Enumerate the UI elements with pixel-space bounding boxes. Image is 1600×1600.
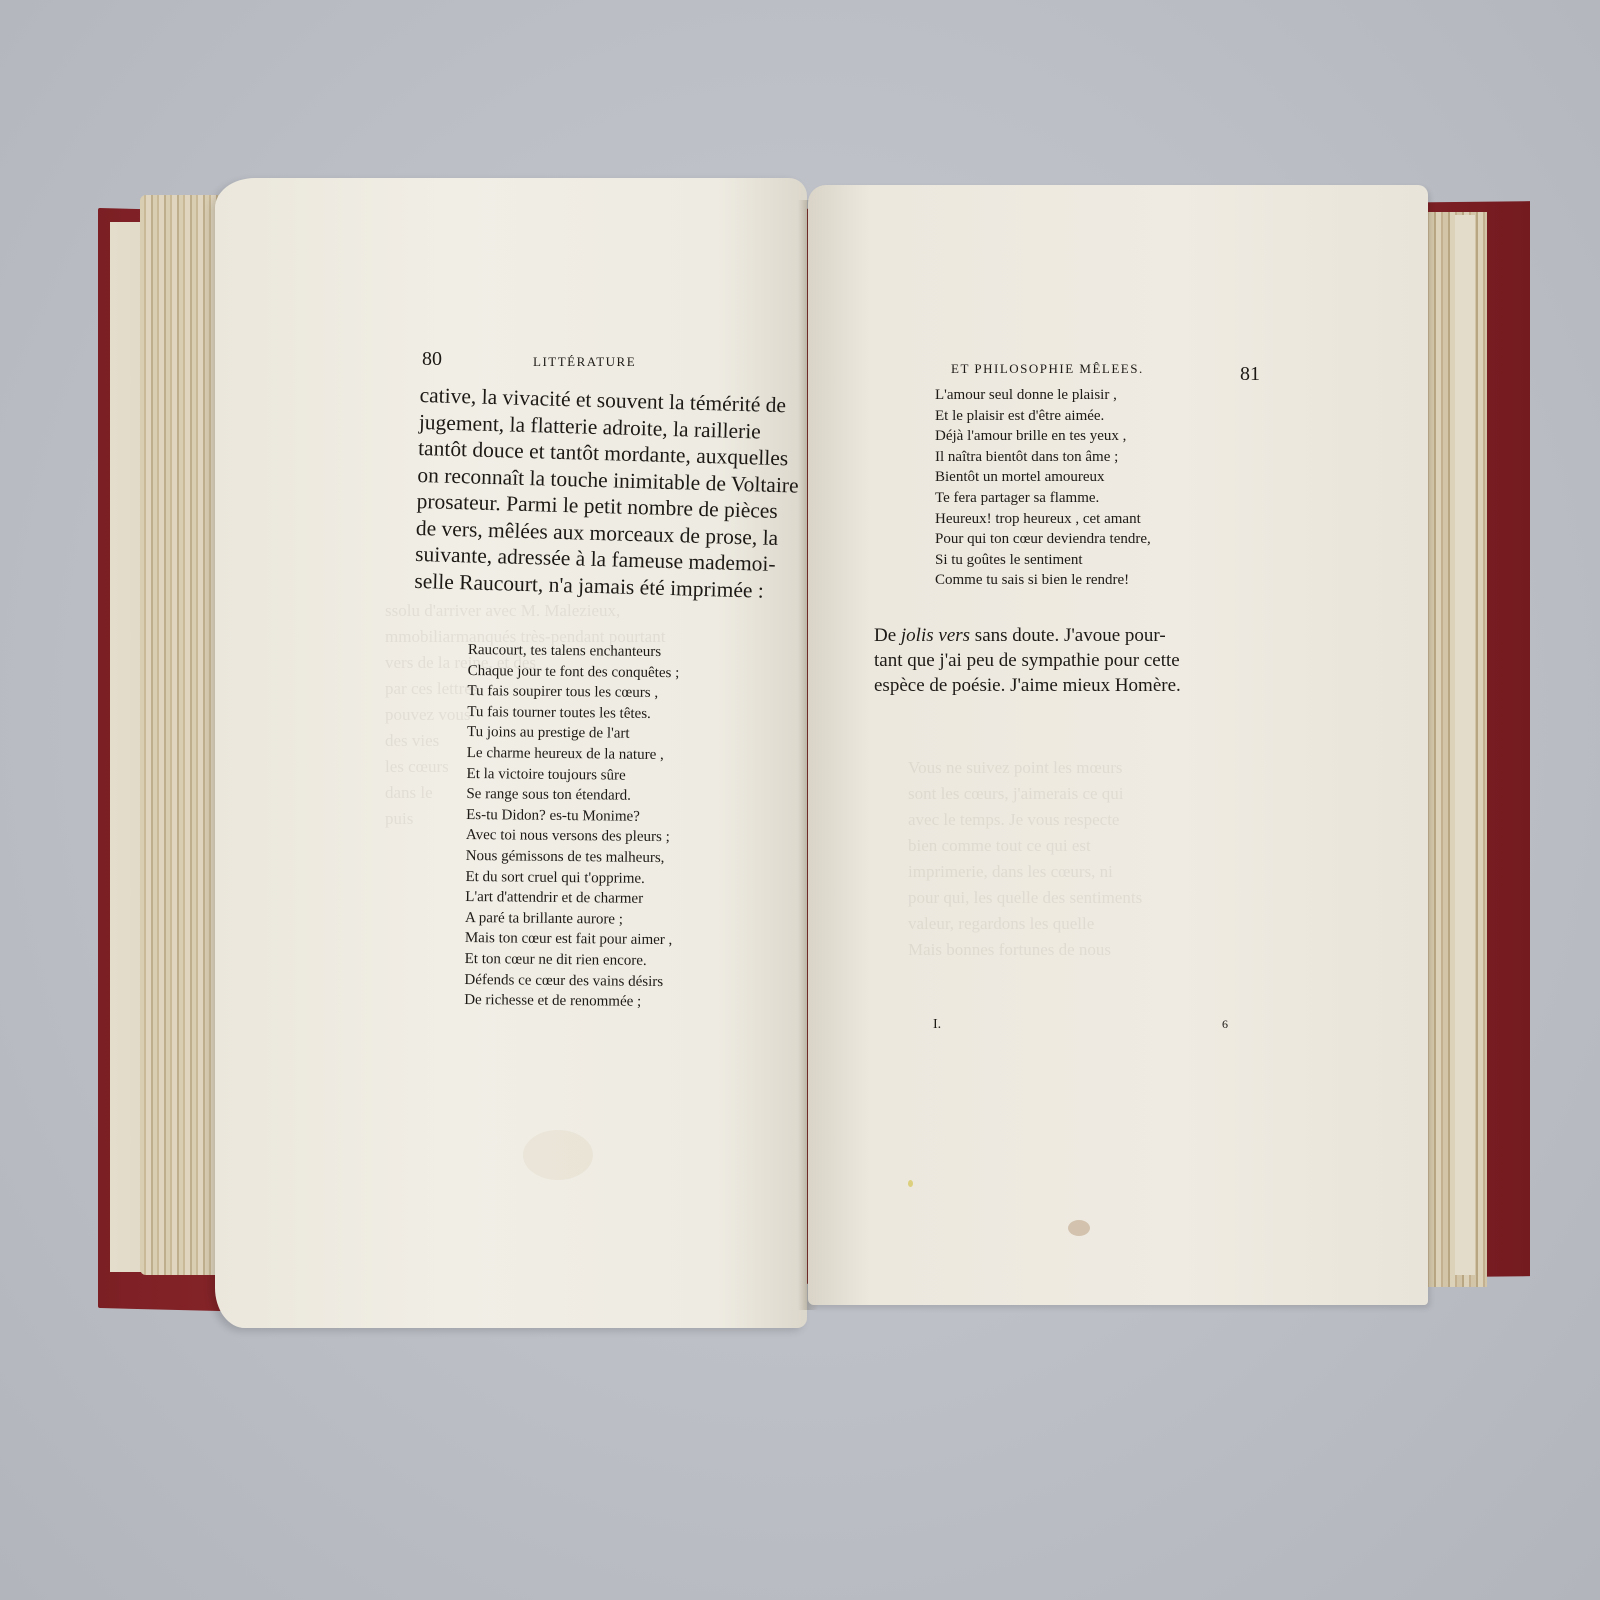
running-head: LITTÉRATURE [533,354,636,370]
foxing-stain [908,1180,913,1187]
verse-line: Se range sous ton étendard. [466,784,678,807]
prose-line: De jolis vers sans doute. J'avoue pour- [874,623,1181,648]
verse-line: Nous gémissons de tes malheurs, [466,846,678,869]
verse-line: Tu fais soupirer tous les cœurs , [467,681,679,704]
verse-line: Te fera partager sa flamme. [935,488,1151,509]
running-head: ET PHILOSOPHIE MÊLEES. [951,361,1144,377]
verse-poem: L'amour seul donne le plaisir , Et le pl… [935,385,1151,591]
verse-line: Le charme heureux de la nature , [467,743,679,766]
foxing-stain [523,1130,593,1180]
prose-text: sans doute. J'avoue pour- [970,625,1166,646]
italic-phrase: jolis vers [901,625,970,646]
verse-line: Raucourt, tes talens enchanteurs [468,640,680,663]
verse-line: Et du sort cruel qui t'opprime. [465,867,677,890]
signature-mark: I. [933,1017,941,1033]
verse-line: Si tu goûtes le sentiment [935,550,1151,571]
verse-line: Tu joins au prestige de l'art [467,722,679,745]
right-page: Vous ne suivez point les mœurssont les c… [808,185,1428,1305]
verse-line: Déjà l'amour brille en tes yeux , [935,426,1151,447]
prose-paragraph: cative, la vivacité et souvent la téméri… [414,382,801,605]
prose-line: tant que j'ai peu de sympathie pour cett… [874,648,1181,673]
gathering-number: 6 [1222,1017,1228,1032]
verse-line: Comme tu sais si bien le rendre! [935,570,1151,591]
verse-line: Pour qui ton cœur deviendra tendre, [935,529,1151,550]
prose-paragraph: De jolis vers sans doute. J'avoue pour- … [874,623,1181,698]
verse-line: De richesse et de renommée ; [464,990,676,1013]
show-through-text: Vous ne suivez point les mœurssont les c… [908,755,1142,963]
verse-line: L'art d'attendrir et de charmer [465,887,677,910]
verse-line: Il naîtra bientôt dans ton âme ; [935,447,1151,468]
verse-line: Et la victoire toujours sûre [466,764,678,787]
verse-line: Heureux! trop heureux , cet amant [935,509,1151,530]
verse-line: A paré ta brillante aurore ; [465,908,677,931]
prose-text: De [874,625,901,646]
page-number: 81 [1240,363,1260,386]
verse-line: Défends ce cœur des vains désirs [464,969,676,992]
verse-line: Et ton cœur ne dit rien encore. [465,949,677,972]
verse-line: L'amour seul donne le plaisir , [935,385,1151,406]
endpaper-right [1455,215,1475,1275]
verse-line: Avec toi nous versons des pleurs ; [466,825,678,848]
verse-line: Mais ton cœur est fait pour aimer , [465,928,677,951]
page-number: 80 [422,348,442,371]
verse-line: Es-tu Didon? es-tu Monime? [466,805,678,828]
foxing-stain [1068,1220,1090,1236]
verse-poem: Raucourt, tes talens enchanteurs Chaque … [464,640,679,1013]
left-page: ssolu d'arriver avec M. Malezieux,mmobil… [215,178,807,1328]
verse-line: Chaque jour te font des conquêtes ; [468,661,680,684]
verse-line: Bientôt un mortel amoureux [935,467,1151,488]
verse-line: Tu fais tourner toutes les têtes. [467,702,679,725]
prose-line: espèce de poésie. J'aime mieux Homère. [874,673,1181,698]
verse-line: Et le plaisir est d'être aimée. [935,406,1151,427]
